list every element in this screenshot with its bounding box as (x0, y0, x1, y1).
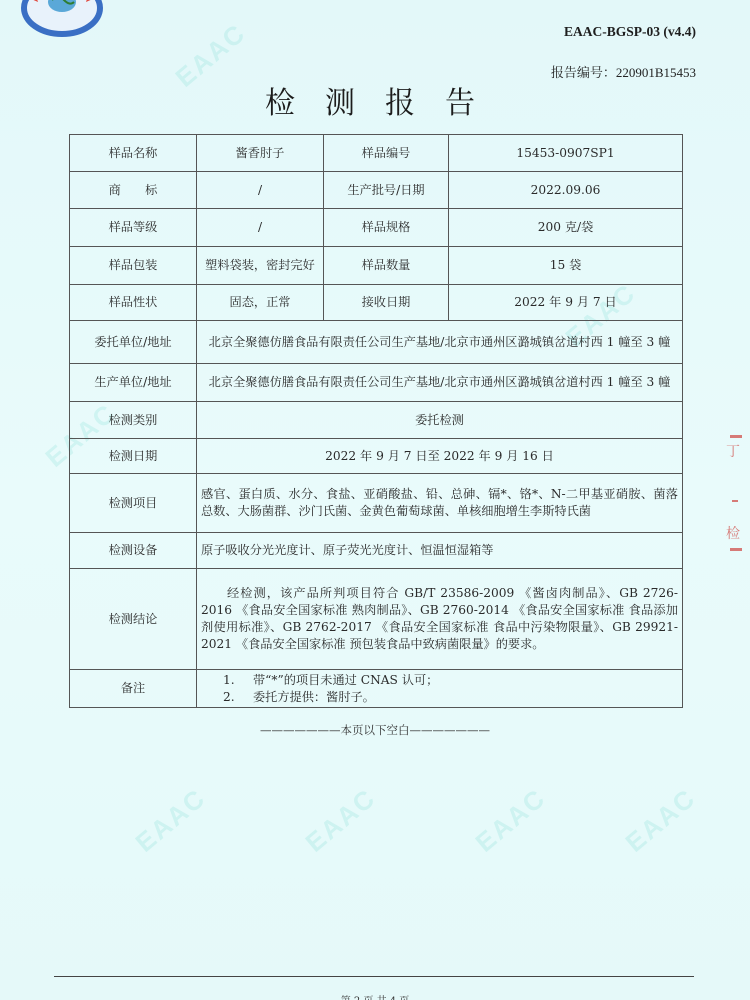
field-label: 商 标 (70, 172, 197, 209)
field-label: 委托单位/地址 (70, 321, 197, 364)
client-address: 北京全聚德仿膳食品有限责任公司生产基地/北京市通州区潞城镇岔道村西 1 幢至 3… (197, 321, 683, 364)
field-value: / (197, 209, 324, 247)
watermark: EAAC (470, 782, 552, 858)
field-value: 15 袋 (449, 247, 683, 285)
field-value: 固态，正常 (197, 285, 324, 321)
field-label: 样品包装 (70, 247, 197, 285)
footer-divider (54, 976, 694, 977)
watermark: EAAC (620, 782, 702, 858)
blank-below-notice: ———————本页以下空白——————— (0, 722, 750, 738)
remark-text: 带“*”的项目未通过 CNAS 认可； (253, 672, 438, 689)
remark-item: 2. 委托方提供：酱肘子。 (201, 689, 678, 706)
field-label: 生产批号/日期 (324, 172, 449, 209)
test-type-value: 委托检测 (197, 402, 683, 439)
table-row: 样品包装 塑料袋装，密封完好 样品数量 15 袋 (70, 247, 683, 285)
field-label: 检测设备 (70, 533, 197, 569)
field-value: / (197, 172, 324, 209)
conclusion-value: 经检测，该产品所判项目符合 GB/T 23586-2009 《酱卤肉制品》、GB… (197, 569, 683, 670)
field-value: 15453-0907SP1 (449, 135, 683, 172)
table-row: 样品性状 固态，正常 接收日期 2022 年 9 月 7 日 (70, 285, 683, 321)
field-label: 样品数量 (324, 247, 449, 285)
table-row-equipment: 检测设备 原子吸收分光光度计、原子荧光光度计、恒温恒湿箱等 (70, 533, 683, 569)
report-page: EAAC EAAC EAAC EAAC EAAC EAAC EAAC EAAC-… (0, 0, 750, 1000)
field-label: 检测日期 (70, 439, 197, 474)
remark-text: 委托方提供：酱肘子。 (253, 689, 375, 706)
field-value: 2022 年 9 月 7 日 (449, 285, 683, 321)
field-label: 样品名称 (70, 135, 197, 172)
watermark: EAAC (300, 782, 382, 858)
table-row: 样品名称 酱香肘子 样品编号 15453-0907SP1 (70, 135, 683, 172)
remark-item: 1. 带“*”的项目未通过 CNAS 认可； (201, 672, 678, 689)
table-row-test-date: 检测日期 2022 年 9 月 7 日至 2022 年 9 月 16 日 (70, 439, 683, 474)
report-table: 样品名称 酱香肘子 样品编号 15453-0907SP1 商 标 / 生产批号/… (69, 134, 683, 708)
field-label: 样品规格 (324, 209, 449, 247)
table-row-test-items: 检测项目 感官、蛋白质、水分、食盐、亚硝酸盐、铅、总砷、镉*、铬*、N-二甲基亚… (70, 474, 683, 533)
seal-stamp-icon: 丁 检 (726, 435, 750, 585)
equipment-value: 原子吸收分光光度计、原子荧光光度计、恒温恒湿箱等 (197, 533, 683, 569)
field-value: 2022.09.06 (449, 172, 683, 209)
field-label: 检测类别 (70, 402, 197, 439)
field-label: 生产单位/地址 (70, 364, 197, 402)
table-row-producer: 生产单位/地址 北京全聚德仿膳食品有限责任公司生产基地/北京市通州区潞城镇岔道村… (70, 364, 683, 402)
document-code: EAAC-BGSP-03 (v4.4) (564, 24, 696, 40)
table-row-test-type: 检测类别 委托检测 (70, 402, 683, 439)
field-label: 检测结论 (70, 569, 197, 670)
producer-address: 北京全聚德仿膳食品有限责任公司生产基地/北京市通州区潞城镇岔道村西 1 幢至 3… (197, 364, 683, 402)
field-label: 备注 (70, 670, 197, 708)
field-label: 接收日期 (324, 285, 449, 321)
remarks-list: 1. 带“*”的项目未通过 CNAS 认可； 2. 委托方提供：酱肘子。 (197, 670, 683, 708)
page-number: 第 2 页 共 4 页 (0, 992, 750, 1000)
test-items-value: 感官、蛋白质、水分、食盐、亚硝酸盐、铅、总砷、镉*、铬*、N-二甲基亚硝胺、菌落… (197, 474, 683, 533)
field-label: 样品编号 (324, 135, 449, 172)
field-label: 检测项目 (70, 474, 197, 533)
company-logo-icon (18, 0, 106, 48)
remark-number: 2. (201, 689, 253, 706)
table-row-conclusion: 检测结论 经检测，该产品所判项目符合 GB/T 23586-2009 《酱卤肉制… (70, 569, 683, 670)
table-row-remarks: 备注 1. 带“*”的项目未通过 CNAS 认可； 2. 委托方提供：酱肘子。 (70, 670, 683, 708)
test-date-value: 2022 年 9 月 7 日至 2022 年 9 月 16 日 (197, 439, 683, 474)
table-row: 商 标 / 生产批号/日期 2022.09.06 (70, 172, 683, 209)
table-row-client: 委托单位/地址 北京全聚德仿膳食品有限责任公司生产基地/北京市通州区潞城镇岔道村… (70, 321, 683, 364)
table-row: 样品等级 / 样品规格 200 克/袋 (70, 209, 683, 247)
watermark: EAAC (130, 782, 212, 858)
field-value: 酱香肘子 (197, 135, 324, 172)
remark-number: 1. (201, 672, 253, 689)
field-label: 样品性状 (70, 285, 197, 321)
field-value: 200 克/袋 (449, 209, 683, 247)
field-value: 塑料袋装，密封完好 (197, 247, 324, 285)
page-title: 检测报告 (0, 78, 750, 122)
field-label: 样品等级 (70, 209, 197, 247)
